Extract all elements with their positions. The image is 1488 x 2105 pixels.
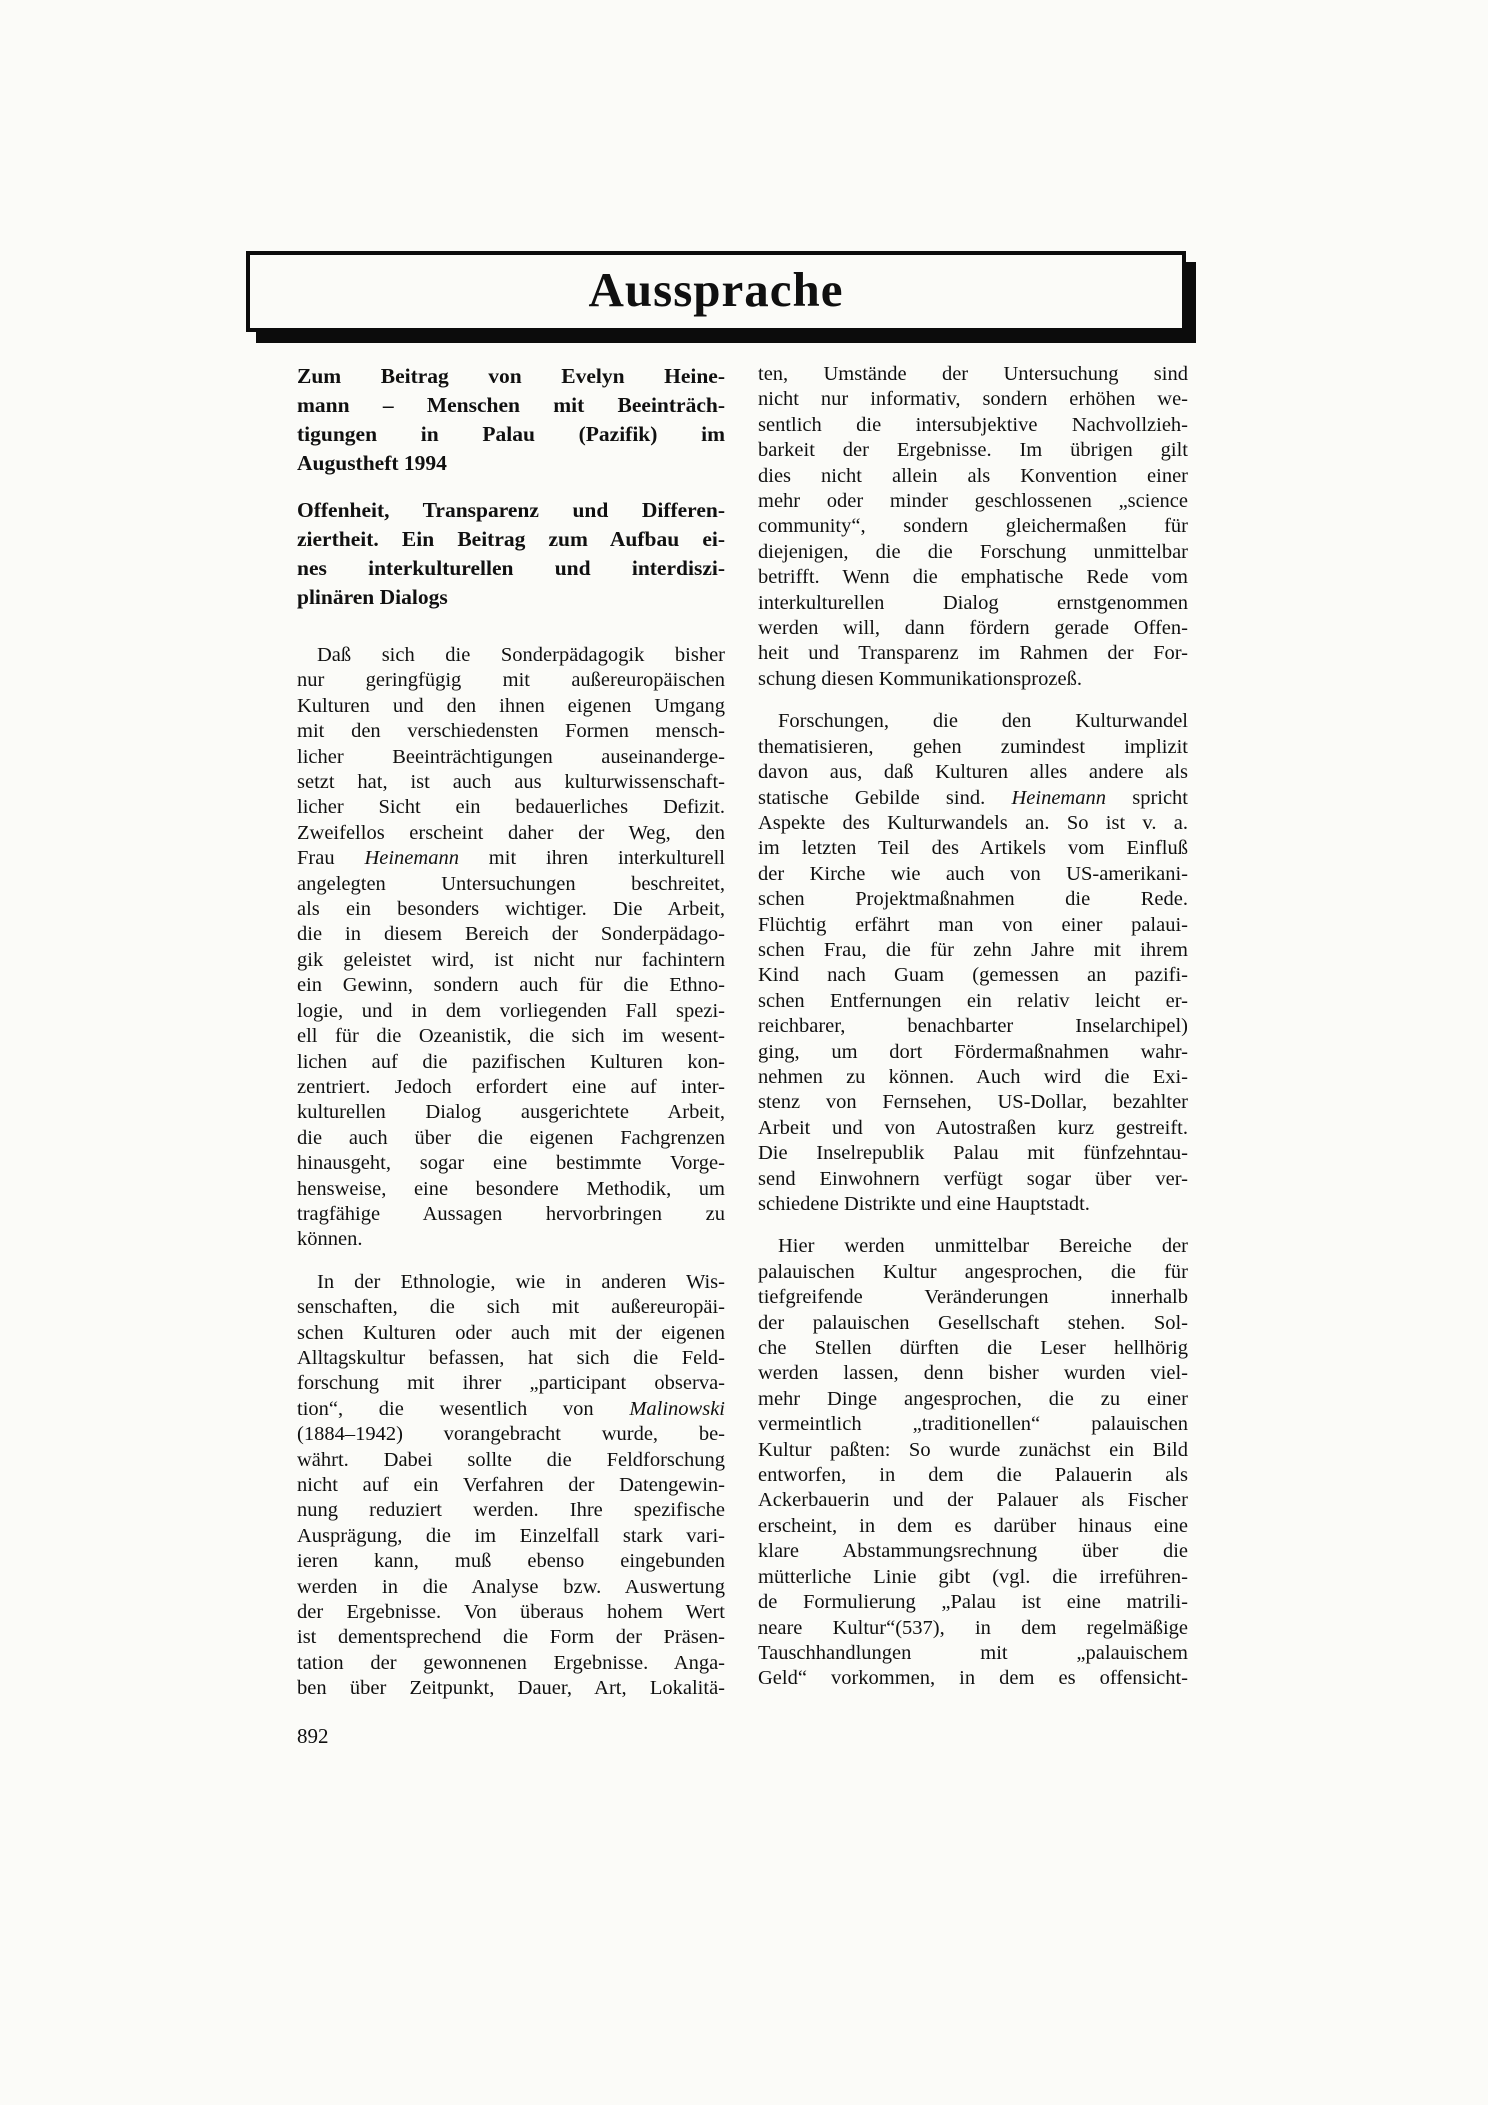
left-text-column: Zum Beitrag von Evelyn Heine-mann – Mens… — [297, 362, 725, 1702]
text-line: tion“, die wesentlich von Malinowski — [297, 1397, 725, 1422]
text-line: setzt hat, ist auch aus kulturwissenscha… — [297, 770, 725, 795]
article-title-box: Aussprache — [246, 251, 1186, 332]
text-line: heit und Transparenz im Rahmen der For- — [758, 641, 1188, 666]
text-line: nicht auf ein Verfahren der Datengewin- — [297, 1473, 725, 1498]
text-line: In der Ethnologie, wie in anderen Wis- — [297, 1270, 725, 1295]
text-line: klare Abstammungsrechnung über die — [758, 1539, 1188, 1564]
text-line: neare Kultur“(537), in dem regelmäßige — [758, 1616, 1188, 1641]
text-line: schiedene Distrikte und eine Hauptstadt. — [758, 1192, 1188, 1217]
text-line: stenz von Fernsehen, US-Dollar, bezahlte… — [758, 1090, 1188, 1115]
scanned-journal-page: Aussprache Zum Beitrag von Evelyn Heine-… — [0, 0, 1488, 2105]
text-line: werden lassen, denn bisher wurden viel- — [758, 1361, 1188, 1386]
text-line: tragfähige Aussagen hervorbringen zu — [297, 1202, 725, 1227]
text-line: hinausgeht, sogar eine bestimmte Vorge- — [297, 1151, 725, 1176]
text-line: Die Inselrepublik Palau mit fünfzehntau- — [758, 1141, 1188, 1166]
text-line: schen Frau, die für zehn Jahre mit ihrem — [758, 938, 1188, 963]
text-line: licher Beeinträchtigungen auseinanderge- — [297, 745, 725, 770]
text-line: lichen auf die pazifischen Kulturen kon- — [297, 1050, 725, 1075]
text-line: der Kirche wie auch von US-amerikani- — [758, 862, 1188, 887]
text-line: Alltagskultur befassen, hat sich die Fel… — [297, 1346, 725, 1371]
text-line: Tauschhandlungen mit „palauischem — [758, 1641, 1188, 1666]
text-line: im letzten Teil des Artikels vom Einfluß — [758, 836, 1188, 861]
text-line: entworfen, in dem die Palauerin als — [758, 1463, 1188, 1488]
text-line: ieren kann, muß ebenso eingebunden — [297, 1549, 725, 1574]
article-text-columns: Zum Beitrag von Evelyn Heine-mann – Mens… — [297, 362, 1190, 1702]
text-line: gik geleistet wird, ist nicht nur fachin… — [297, 948, 725, 973]
text-line: diejenigen, die die Forschung unmittelba… — [758, 540, 1188, 565]
text-line: ziertheit. Ein Beitrag zum Aufbau ei- — [297, 525, 725, 554]
text-line: schen Kulturen oder auch mit der eigenen — [297, 1321, 725, 1346]
text-line: nur geringfügig mit außereuropäischen — [297, 668, 725, 693]
text-line: tigungen in Palau (Pazifik) im — [297, 420, 725, 449]
text-line: nicht nur informativ, sondern erhöhen we… — [758, 387, 1188, 412]
text-line: nung reduziert werden. Ihre spezifische — [297, 1498, 725, 1523]
text-line: der palauischen Gesellschaft stehen. Sol… — [758, 1311, 1188, 1336]
text-line: che Stellen dürften die Leser hellhörig — [758, 1336, 1188, 1361]
text-line: dies nicht allein als Konvention einer — [758, 464, 1188, 489]
text-line: ten, Umstände der Untersuchung sind — [758, 362, 1188, 387]
body-paragraph: Hier werden unmittelbar Bereiche derpala… — [758, 1234, 1188, 1691]
section-heading: Offenheit, Transparenz und Differen-zier… — [297, 496, 725, 612]
text-line: ging, um dort Fördermaßnahmen wahr- — [758, 1040, 1188, 1065]
body-paragraph: In der Ethnologie, wie in anderen Wis-se… — [297, 1270, 725, 1702]
text-line: ell für die Ozeanistik, die sich im wese… — [297, 1024, 725, 1049]
text-line: send Einwohnern verfügt sogar über ver- — [758, 1167, 1188, 1192]
text-line: Zum Beitrag von Evelyn Heine- — [297, 362, 725, 391]
text-line: senschaften, die sich mit außereuropäi- — [297, 1295, 725, 1320]
text-line: die auch über die eigenen Fachgrenzen — [297, 1126, 725, 1151]
text-line: palauischen Kultur angesprochen, die für — [758, 1260, 1188, 1285]
text-line: nehmen zu können. Auch wird die Exi- — [758, 1065, 1188, 1090]
text-line: mütterliche Linie gibt (vgl. die irrefüh… — [758, 1565, 1188, 1590]
text-line: mehr oder minder geschlossenen „science — [758, 489, 1188, 514]
text-line: Ausprägung, die im Einzelfall stark vari… — [297, 1524, 725, 1549]
text-line: Kind nach Guam (gemessen an pazifi- — [758, 963, 1188, 988]
text-line: reichbarer, benachbarter Inselarchipel) — [758, 1014, 1188, 1039]
text-line: de Formulierung „Palau ist eine matrili- — [758, 1590, 1188, 1615]
text-line: mit den verschiedensten Formen mensch- — [297, 719, 725, 744]
text-line: Kulturen und den ihnen eigenen Umgang — [297, 694, 725, 719]
text-line: angelegten Untersuchungen beschreitet, — [297, 872, 725, 897]
text-line: schung diesen Kommunikationsprozeß. — [758, 667, 1188, 692]
text-line: zentriert. Jedoch erfordert eine auf int… — [297, 1075, 725, 1100]
text-line: erscheint, in dem es darüber hinaus eine — [758, 1514, 1188, 1539]
text-line: (1884–1942) vorangebracht wurde, be- — [297, 1422, 725, 1447]
text-line: community“, sondern gleichermaßen für — [758, 514, 1188, 539]
text-line: Hier werden unmittelbar Bereiche der — [758, 1234, 1188, 1259]
text-line: Kultur paßten: So wurde zunächst ein Bil… — [758, 1438, 1188, 1463]
text-line: licher Sicht ein bedauerliches Defizit. — [297, 795, 725, 820]
text-line: tiefgreifende Veränderungen innerhalb — [758, 1285, 1188, 1310]
text-line: Geld“ vorkommen, in dem es offensicht- — [758, 1666, 1188, 1691]
text-line: kulturellen Dialog ausgerichtete Arbeit, — [297, 1100, 725, 1125]
text-line: thematisieren, gehen zumindest implizit — [758, 735, 1188, 760]
text-line: davon aus, daß Kulturen alles andere als — [758, 760, 1188, 785]
text-line: schen Projektmaßnahmen die Rede. — [758, 887, 1188, 912]
section-heading: Zum Beitrag von Evelyn Heine-mann – Mens… — [297, 362, 725, 478]
text-line: mehr Dinge angesprochen, die zu einer — [758, 1387, 1188, 1412]
text-line: Flüchtig erfährt man von einer palaui- — [758, 913, 1188, 938]
body-paragraph: Forschungen, die den Kulturwandelthemati… — [758, 709, 1188, 1217]
text-line: Arbeit und von Autostraßen kurz gestreif… — [758, 1116, 1188, 1141]
text-line: der Ergebnisse. Von überaus hohem Wert — [297, 1600, 725, 1625]
text-line: werden will, dann fördern gerade Offen- — [758, 616, 1188, 641]
text-line: sentlich die intersubjektive Nachvollzie… — [758, 413, 1188, 438]
text-line: plinären Dialogs — [297, 583, 725, 612]
body-paragraph: ten, Umstände der Untersuchung sindnicht… — [758, 362, 1188, 692]
text-line: Forschungen, die den Kulturwandel — [758, 709, 1188, 734]
section-title: Aussprache — [588, 261, 843, 318]
text-line: hensweise, eine besondere Methodik, um — [297, 1177, 725, 1202]
text-line: Zweifellos erscheint daher der Weg, den — [297, 821, 725, 846]
text-line: Aspekte des Kulturwandels an. So ist v. … — [758, 811, 1188, 836]
text-line: forschung mit ihrer „participant observa… — [297, 1371, 725, 1396]
text-line: Daß sich die Sonderpädagogik bisher — [297, 643, 725, 668]
text-line: Frau Heinemann mit ihren interkulturell — [297, 846, 725, 871]
text-line: ben über Zeitpunkt, Dauer, Art, Lokalitä… — [297, 1676, 725, 1701]
text-line: ein Gewinn, sondern auch für die Ethno- — [297, 973, 725, 998]
text-line: nes interkulturellen und interdiszi- — [297, 554, 725, 583]
page-number: 892 — [297, 1724, 329, 1749]
text-line: vermeintlich „traditionellen“ palauische… — [758, 1412, 1188, 1437]
text-line: Ackerbauerin und der Palauer als Fischer — [758, 1488, 1188, 1513]
text-line: tation der gewonnenen Ergebnisse. Anga- — [297, 1651, 725, 1676]
text-line: interkulturellen Dialog ernstgenommen — [758, 591, 1188, 616]
text-line: mann – Menschen mit Beeinträch- — [297, 391, 725, 420]
text-line: Augustheft 1994 — [297, 449, 725, 478]
text-line: barkeit der Ergebnisse. Im übrigen gilt — [758, 438, 1188, 463]
body-paragraph: Daß sich die Sonderpädagogik bishernur g… — [297, 643, 725, 1253]
text-line: ist dementsprechend die Form der Präsen- — [297, 1625, 725, 1650]
text-line: Offenheit, Transparenz und Differen- — [297, 496, 725, 525]
text-line: währt. Dabei sollte die Feldforschung — [297, 1448, 725, 1473]
text-line: betrifft. Wenn die emphatische Rede vom — [758, 565, 1188, 590]
text-line: können. — [297, 1227, 725, 1252]
right-text-column: ten, Umstände der Untersuchung sindnicht… — [758, 362, 1188, 1702]
text-line: schen Entfernungen ein relativ leicht er… — [758, 989, 1188, 1014]
text-line: statische Gebilde sind. Heinemann sprich… — [758, 786, 1188, 811]
text-line: werden in die Analyse bzw. Auswertung — [297, 1575, 725, 1600]
text-line: die in diesem Bereich der Sonderpädago- — [297, 922, 725, 947]
text-line: logie, und in dem vorliegenden Fall spez… — [297, 999, 725, 1024]
text-line: als ein besonders wichtiger. Die Arbeit, — [297, 897, 725, 922]
